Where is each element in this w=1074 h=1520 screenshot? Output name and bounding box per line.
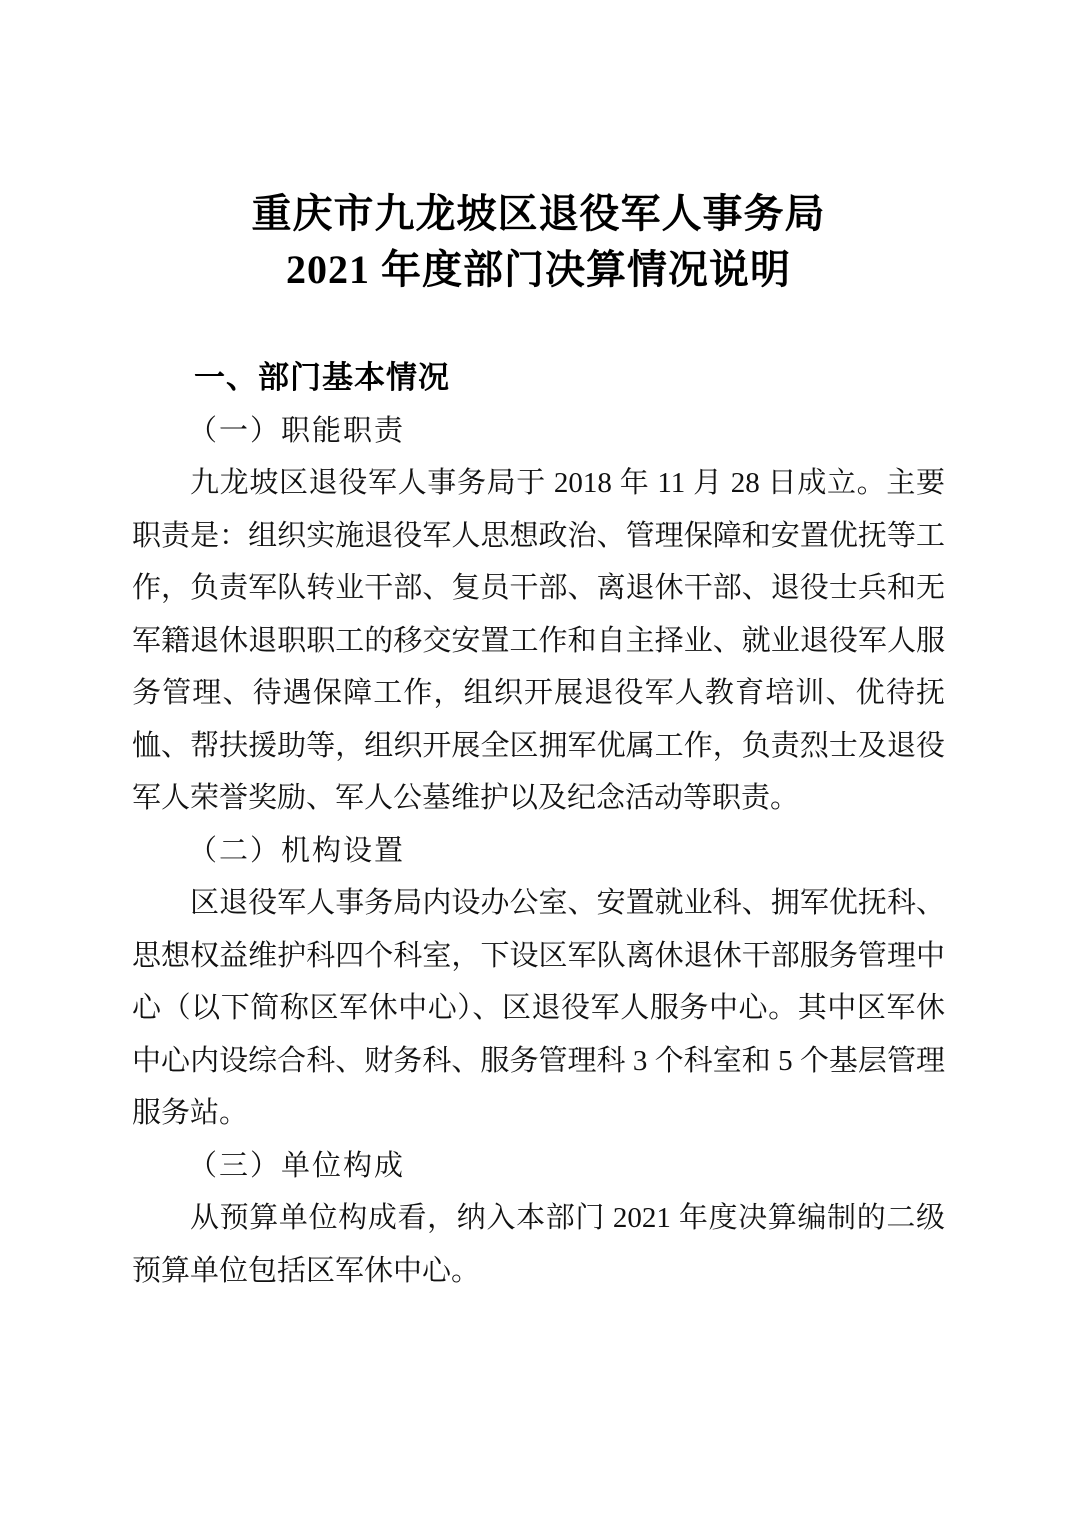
paragraph-line: 服务站。 [132,1087,945,1140]
subsection-heading-1: （一）职能职责 [132,405,945,458]
paragraph-line: 军人荣誉奖励、军人公墓维护以及纪念活动等职责。 [132,772,945,825]
paragraph-line: 恤、帮扶援助等，组织开展全区拥军优属工作，负责烈士及退役 [132,720,945,773]
paragraph-line: 思想权益维护科四个科室，下设区军队离休退休干部服务管理中 [132,930,945,983]
document-title: 重庆市九龙坡区退役军人事务局 2021 年度部门决算情况说明 [132,0,945,298]
document-title-line-2: 2021 年度部门决算情况说明 [132,242,945,298]
document-content: 重庆市九龙坡区退役军人事务局 2021 年度部门决算情况说明 一、部门基本情况 … [132,0,945,1297]
paragraph-line: 职责是：组织实施退役军人思想政治、管理保障和安置优抚等工 [132,510,945,563]
document-page: 重庆市九龙坡区退役军人事务局 2021 年度部门决算情况说明 一、部门基本情况 … [0,0,1074,1520]
paragraph-line: 预算单位包括区军休中心。 [132,1245,945,1298]
subsection-heading-3: （三）单位构成 [132,1140,945,1193]
title-spacer [132,298,945,352]
paragraph-line: 区退役军人事务局内设办公室、安置就业科、拥军优抚科、 [132,877,945,930]
subsection-heading-2: （二）机构设置 [132,825,945,878]
paragraph-line: 九龙坡区退役军人事务局于 2018 年 11 月 28 日成立。主要 [132,457,945,510]
paragraph-line: 中心内设综合科、财务科、服务管理科 3 个科室和 5 个基层管理 [132,1035,945,1088]
paragraph-line: 心（以下简称区军休中心）、区退役军人服务中心。其中区军休 [132,982,945,1035]
paragraph-line: 从预算单位构成看，纳入本部门 2021 年度决算编制的二级 [132,1192,945,1245]
paragraph-line: 务管理、待遇保障工作，组织开展退役军人教育培训、优待抚 [132,667,945,720]
paragraph-line: 军籍退休退职职工的移交安置工作和自主择业、就业退役军人服 [132,615,945,668]
paragraph-line: 作，负责军队转业干部、复员干部、离退休干部、退役士兵和无 [132,562,945,615]
document-title-line-1: 重庆市九龙坡区退役军人事务局 [132,186,945,242]
section-heading-1: 一、部门基本情况 [132,352,945,405]
